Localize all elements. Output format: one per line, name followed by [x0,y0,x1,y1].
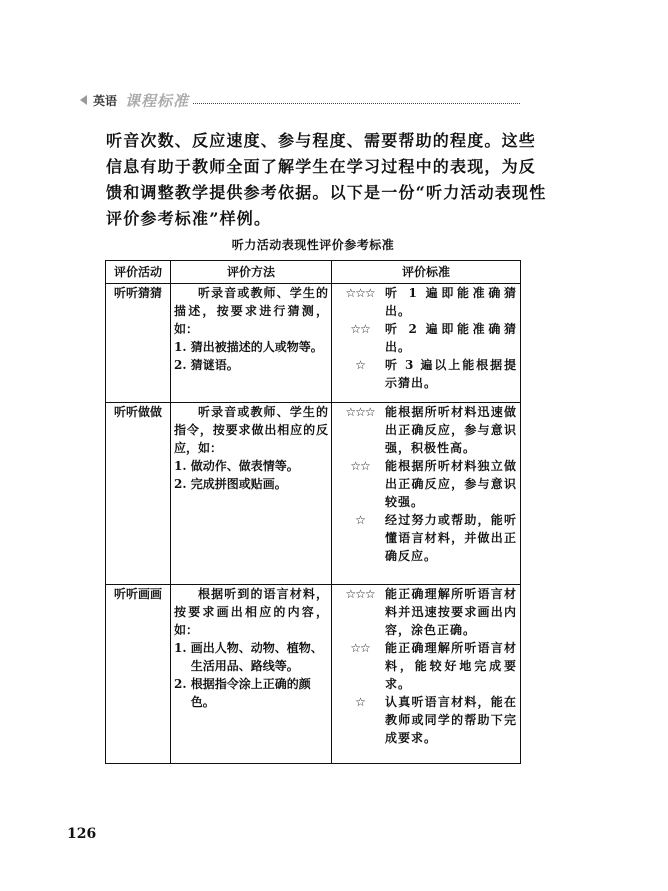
method-intro: 听录音或教师、学生的描述，按要求进行猜测，如： [174,284,328,338]
star-rating-icon: ☆☆☆ [335,403,385,457]
star-rating-icon: ☆ [335,693,385,747]
criterion-text: 听 1 遍即能准确猜出。 [385,284,517,320]
criterion-text: 能根据所听材料独立做出正确反应，参与意识较强。 [385,457,517,511]
criterion: ☆☆ 听 2 遍即能准确猜出。 [335,320,517,356]
activity-cell: 听听做做 [106,403,171,585]
criterion: ☆☆☆ 听 1 遍即能准确猜出。 [335,284,517,320]
running-head: 英语 课程标准 [80,92,520,108]
criterion: ☆ 听 3 遍以上能根据提示猜出。 [335,356,517,392]
header-method: 评价方法 [171,261,332,284]
method-cell: 听录音或教师、学生的指令，按要求做出相应的反应，如： 1. 做动作、做表情等。 … [171,403,332,585]
criterion: ☆☆ 能正确理解所听语言材料，能较好地完成要求。 [335,639,517,693]
criterion: ☆☆☆ 能正确理解所听语言材料并迅速按要求画出内容，涂色正确。 [335,585,517,639]
criterion: ☆ 认真听语言材料，能在教师或同学的帮助下完成要求。 [335,693,517,747]
paragraph-line: 听音次数、反应速度、参与程度、需要帮助的程度。这些 [106,128,526,154]
criterion-text: 能根据所听材料迅速做出正确反应，参与意识强，积极性高。 [385,403,517,457]
table-row: 听听画画 根据听到的语言材料，按要求画出相应的内容，如： 1. 画出人物、动物、… [106,585,521,764]
body-paragraph: 听音次数、反应速度、参与程度、需要帮助的程度。这些 信息有助于教师全面了解学生在… [106,128,526,232]
method-item: 2. 根据指令涂上正确的颜色。 [174,675,328,711]
method-item: 1. 做动作、做表情等。 [174,457,328,475]
header-criteria: 评价标准 [332,261,521,284]
paragraph-line: 馈和调整教学提供参考依据。以下是一份“听力活动表现性 [106,180,526,206]
method-cell: 根据听到的语言材料，按要求画出相应的内容，如： 1. 画出人物、动物、植物、生活… [171,585,332,764]
criterion: ☆☆ 能根据所听材料独立做出正确反应，参与意识较强。 [335,457,517,511]
method-cell: 听录音或教师、学生的描述，按要求进行猜测，如： 1. 猜出被描述的人或物等。 2… [171,284,332,403]
header-activity: 评价活动 [106,261,171,284]
star-rating-icon: ☆☆☆ [335,585,385,639]
star-rating-icon: ☆☆ [335,320,385,356]
method-item: 2. 完成拼图或贴画。 [174,475,328,493]
evaluation-table: 评价活动 评价方法 评价标准 听听猜猜 听录音或教师、学生的描述，按要求进行猜测… [105,260,521,764]
paragraph-line: 信息有助于教师全面了解学生在学习过程中的表现，为反 [106,154,526,180]
criterion-text: 认真听语言材料，能在教师或同学的帮助下完成要求。 [385,693,517,747]
page-number: 126 [67,826,96,842]
criterion-text: 能正确理解所听语言材料并迅速按要求画出内容，涂色正确。 [385,585,517,639]
star-rating-icon: ☆ [335,356,385,392]
criterion-text: 能正确理解所听语言材料，能较好地完成要求。 [385,639,517,693]
method-intro: 根据听到的语言材料，按要求画出相应的内容，如： [174,585,328,639]
table-row: 听听猜猜 听录音或教师、学生的描述，按要求进行猜测，如： 1. 猜出被描述的人或… [106,284,521,403]
criteria-cell: ☆☆☆ 听 1 遍即能准确猜出。 ☆☆ 听 2 遍即能准确猜出。 ☆ 听 3 遍… [332,284,521,403]
left-arrow-icon [80,95,87,105]
running-head-title: 课程标准 [125,90,189,111]
table-header-row: 评价活动 评价方法 评价标准 [106,261,521,284]
method-item: 2. 猜谜语。 [174,356,328,374]
star-rating-icon: ☆☆ [335,639,385,693]
criterion: ☆☆☆ 能根据所听材料迅速做出正确反应，参与意识强，积极性高。 [335,403,517,457]
paragraph-line: 评价参考标准”样例。 [106,206,526,232]
running-head-subject: 英语 [93,92,117,109]
activity-cell: 听听猜猜 [106,284,171,403]
criteria-cell: ☆☆☆ 能根据所听材料迅速做出正确反应，参与意识强，积极性高。 ☆☆ 能根据所听… [332,403,521,585]
dotted-rule [193,103,520,104]
method-item: 1. 画出人物、动物、植物、生活用品、路线等。 [174,639,328,675]
star-rating-icon: ☆☆ [335,457,385,511]
table-title: 听力活动表现性评价参考标准 [106,236,520,253]
criterion-text: 经过努力或帮助，能听懂语言材料，并做出正确反应。 [385,511,517,565]
method-intro: 听录音或教师、学生的指令，按要求做出相应的反应，如： [174,403,328,457]
activity-cell: 听听画画 [106,585,171,764]
table-row: 听听做做 听录音或教师、学生的指令，按要求做出相应的反应，如： 1. 做动作、做… [106,403,521,585]
method-item: 1. 猜出被描述的人或物等。 [174,338,328,356]
criterion-text: 听 3 遍以上能根据提示猜出。 [385,356,517,392]
star-rating-icon: ☆☆☆ [335,284,385,320]
criterion: ☆ 经过努力或帮助，能听懂语言材料，并做出正确反应。 [335,511,517,565]
criteria-cell: ☆☆☆ 能正确理解所听语言材料并迅速按要求画出内容，涂色正确。 ☆☆ 能正确理解… [332,585,521,764]
star-rating-icon: ☆ [335,511,385,565]
criterion-text: 听 2 遍即能准确猜出。 [385,320,517,356]
